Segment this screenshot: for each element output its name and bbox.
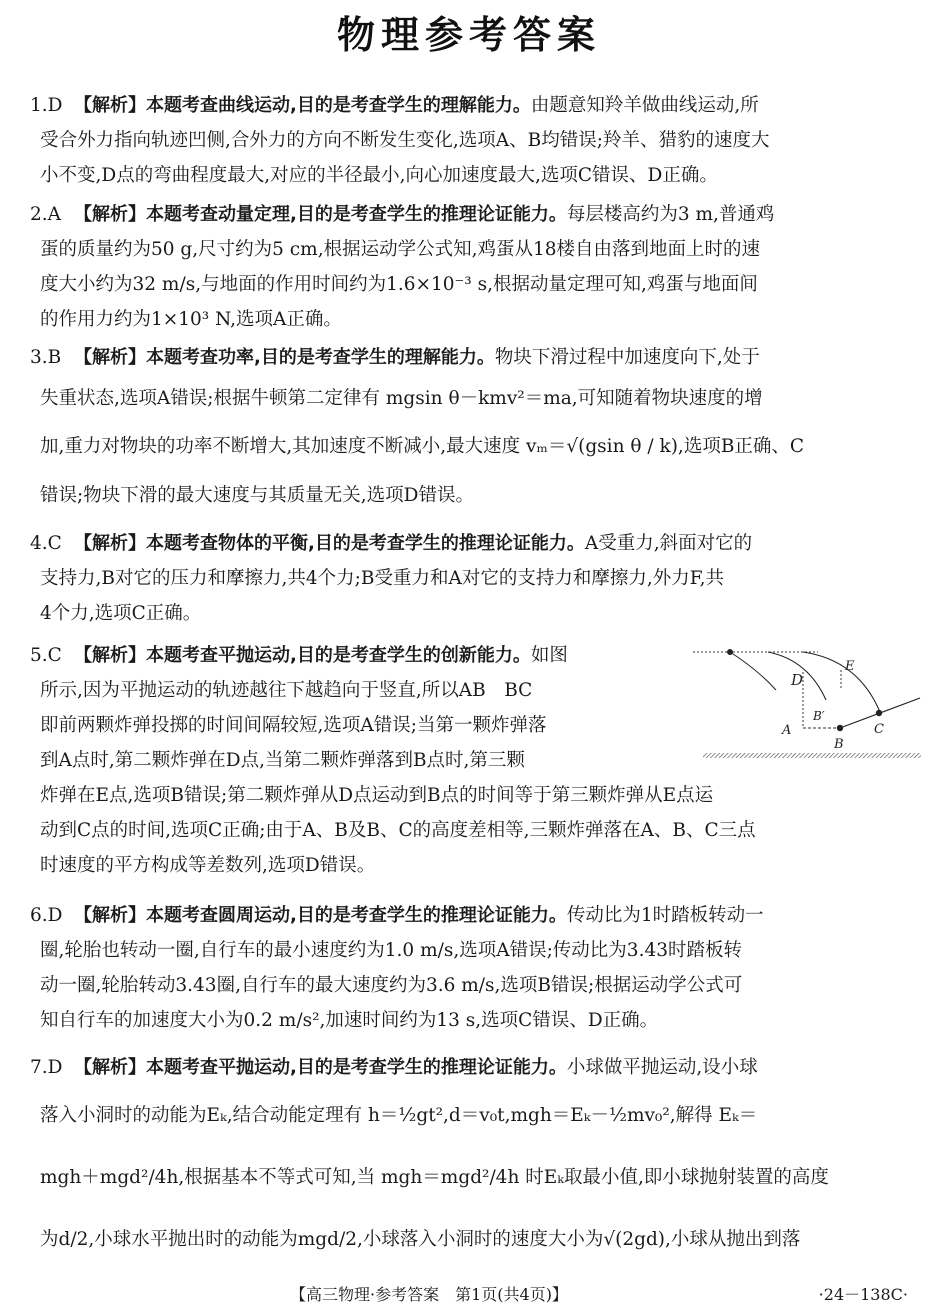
answer-number: 1.D: [30, 88, 74, 123]
answer-line: 所示,因为平抛运动的轨迹越往下越趋向于竖直,所以AB BC: [30, 673, 670, 708]
answer-line: 如图: [531, 645, 568, 666]
answer-line: A受重力,斜面对它的: [585, 533, 752, 554]
answer-line: 圈,轮胎也转动一圈,自行车的最小速度约为1.0 m/s,选项A错误;传动比为3.…: [30, 933, 912, 968]
answer-4: 4.C【解析】本题考查物体的平衡,目的是考查学生的推理论证能力。A受重力,斜面对…: [30, 526, 912, 631]
answer-line: 蛋的质量约为50 g,尺寸约为5 cm,根据运动学公式知,鸡蛋从18楼自由落到地…: [30, 232, 912, 267]
answer-line: 度大小约为32 m/s,与地面的作用时间约为1.6×10⁻³ s,根据动量定理可…: [30, 267, 912, 302]
answer-number: 2.A: [30, 197, 74, 232]
answer-line: 传动比为1时踏板转动一: [567, 905, 764, 926]
analysis-tag: 【解析】: [74, 204, 146, 225]
answer-line: 动到C点的时间,选项C正确;由于A、B及B、C的高度差相等,三颗炸弹落在A、B、…: [30, 813, 912, 848]
answer-line: 炸弹在E点,选项B错误;第二颗炸弹从D点运动到B点的时间等于第三颗炸弹从E点运: [30, 778, 912, 813]
answer-line: 为d/2,小球水平抛出时的动能为mgd/2,小球落入小洞时的速度大小为√(2gd…: [30, 1209, 912, 1271]
answer-5-continued: 炸弹在E点,选项B错误;第二颗炸弹从D点运动到B点的时间等于第三颗炸弹从E点运 …: [30, 778, 912, 883]
answer-line: 落入小洞时的动能为Eₖ,结合动能定理有 h＝½gt²,d＝v₀t,mgh＝Eₖ－…: [30, 1085, 912, 1147]
answer-line: 加,重力对物块的功率不断增大,其加速度不断减小,最大速度 vₘ＝√(gsin θ…: [30, 416, 912, 478]
answer-1: 1.D【解析】本题考查曲线运动,目的是考查学生的理解能力。由题意知羚羊做曲线运动…: [30, 88, 912, 193]
answer-line: mgh＋mgd²/4h,根据基本不等式可知,当 mgh＝mgd²/4h 时Eₖ取…: [30, 1147, 912, 1209]
answer-line: 由题意知羚羊做曲线运动,所: [531, 95, 759, 116]
projectile-diagram: D E B′ A B C: [688, 640, 928, 760]
answer-line: 知自行车的加速度大小为0.2 m/s²,加速时间约为13 s,选项C错误、D正确…: [30, 1003, 912, 1038]
answer-summary: 本题考查功率,目的是考查学生的理解能力。: [146, 347, 495, 368]
svg-text:A: A: [781, 723, 791, 738]
svg-text:C: C: [874, 722, 884, 737]
answer-number: 7.D: [30, 1050, 74, 1085]
svg-text:B′: B′: [812, 709, 825, 723]
answer-summary: 本题考查动量定理,目的是考查学生的推理论证能力。: [146, 204, 567, 225]
answer-summary: 本题考查曲线运动,目的是考查学生的理解能力。: [146, 95, 531, 116]
answer-number: 3.B: [30, 340, 74, 375]
svg-text:B: B: [833, 737, 844, 752]
analysis-tag: 【解析】: [74, 347, 146, 368]
answer-summary: 本题考查平抛运动,目的是考查学生的推理论证能力。: [146, 1057, 567, 1078]
analysis-tag: 【解析】: [74, 905, 146, 926]
answer-number: 5.C: [30, 638, 74, 673]
analysis-tag: 【解析】: [74, 95, 146, 116]
answer-line: 每层楼高约为3 m,普通鸡: [567, 204, 775, 225]
svg-text:D: D: [790, 671, 803, 689]
answer-line: 动一圈,轮胎转动3.43圈,自行车的最大速度约为3.6 m/s,选项B错误;根据…: [30, 968, 912, 1003]
page-title: 物理参考答案: [0, 4, 938, 59]
answer-line: 4个力,选项C正确。: [30, 596, 912, 631]
footer-page-label: 【高三物理·参考答案 第1页(共4页)】: [290, 1282, 568, 1305]
answer-3: 3.B【解析】本题考查功率,目的是考查学生的理解能力。物块下滑过程中加速度向下,…: [30, 340, 912, 513]
answer-line: 支持力,B对它的压力和摩擦力,共4个力;B受重力和A对它的支持力和摩擦力,外力F…: [30, 561, 912, 596]
answer-line: 小不变,D点的弯曲程度最大,对应的半径最小,向心加速度最大,选项C错误、D正确。: [30, 158, 912, 193]
answer-line: 错误;物块下滑的最大速度与其质量无关,选项D错误。: [30, 478, 912, 513]
answer-line: 小球做平抛运动,设小球: [567, 1057, 758, 1078]
answer-number: 6.D: [30, 898, 74, 933]
answer-5: 5.C【解析】本题考查平抛运动,目的是考查学生的创新能力。如图 所示,因为平抛运…: [30, 638, 670, 778]
analysis-tag: 【解析】: [74, 1057, 146, 1078]
answer-line: 受合外力指向轨迹凹侧,合外力的方向不断发生变化,选项A、B均错误;羚羊、猎豹的速…: [30, 123, 912, 158]
footer-code: ·24－138C·: [819, 1282, 908, 1305]
answer-line: 失重状态,选项A错误;根据牛顿第二定律有 mgsin θ－kmv²＝ma,可知随…: [30, 381, 912, 416]
answer-6: 6.D【解析】本题考查圆周运动,目的是考查学生的推理论证能力。传动比为1时踏板转…: [30, 898, 912, 1038]
answer-line: 时速度的平方构成等差数列,选项D错误。: [30, 848, 912, 883]
answer-line: 即前两颗炸弹投掷的时间间隔较短,选项A错误;当第一颗炸弹落: [30, 708, 670, 743]
answer-7: 7.D【解析】本题考查平抛运动,目的是考查学生的推理论证能力。小球做平抛运动,设…: [30, 1050, 912, 1271]
answer-summary: 本题考查物体的平衡,目的是考查学生的推理论证能力。: [146, 533, 585, 554]
answer-line: 到A点时,第二颗炸弹在D点,当第二颗炸弹落到B点时,第三颗: [30, 743, 670, 778]
answer-2: 2.A【解析】本题考查动量定理,目的是考查学生的推理论证能力。每层楼高约为3 m…: [30, 197, 912, 337]
analysis-tag: 【解析】: [74, 645, 146, 666]
analysis-tag: 【解析】: [74, 533, 146, 554]
answer-summary: 本题考查平抛运动,目的是考查学生的创新能力。: [146, 645, 531, 666]
svg-text:E: E: [844, 659, 855, 674]
answer-number: 4.C: [30, 526, 74, 561]
answer-summary: 本题考查圆周运动,目的是考查学生的推理论证能力。: [146, 905, 567, 926]
answer-line: 物块下滑过程中加速度向下,处于: [495, 347, 760, 368]
answer-line: 的作用力约为1×10³ N,选项A正确。: [30, 302, 912, 337]
